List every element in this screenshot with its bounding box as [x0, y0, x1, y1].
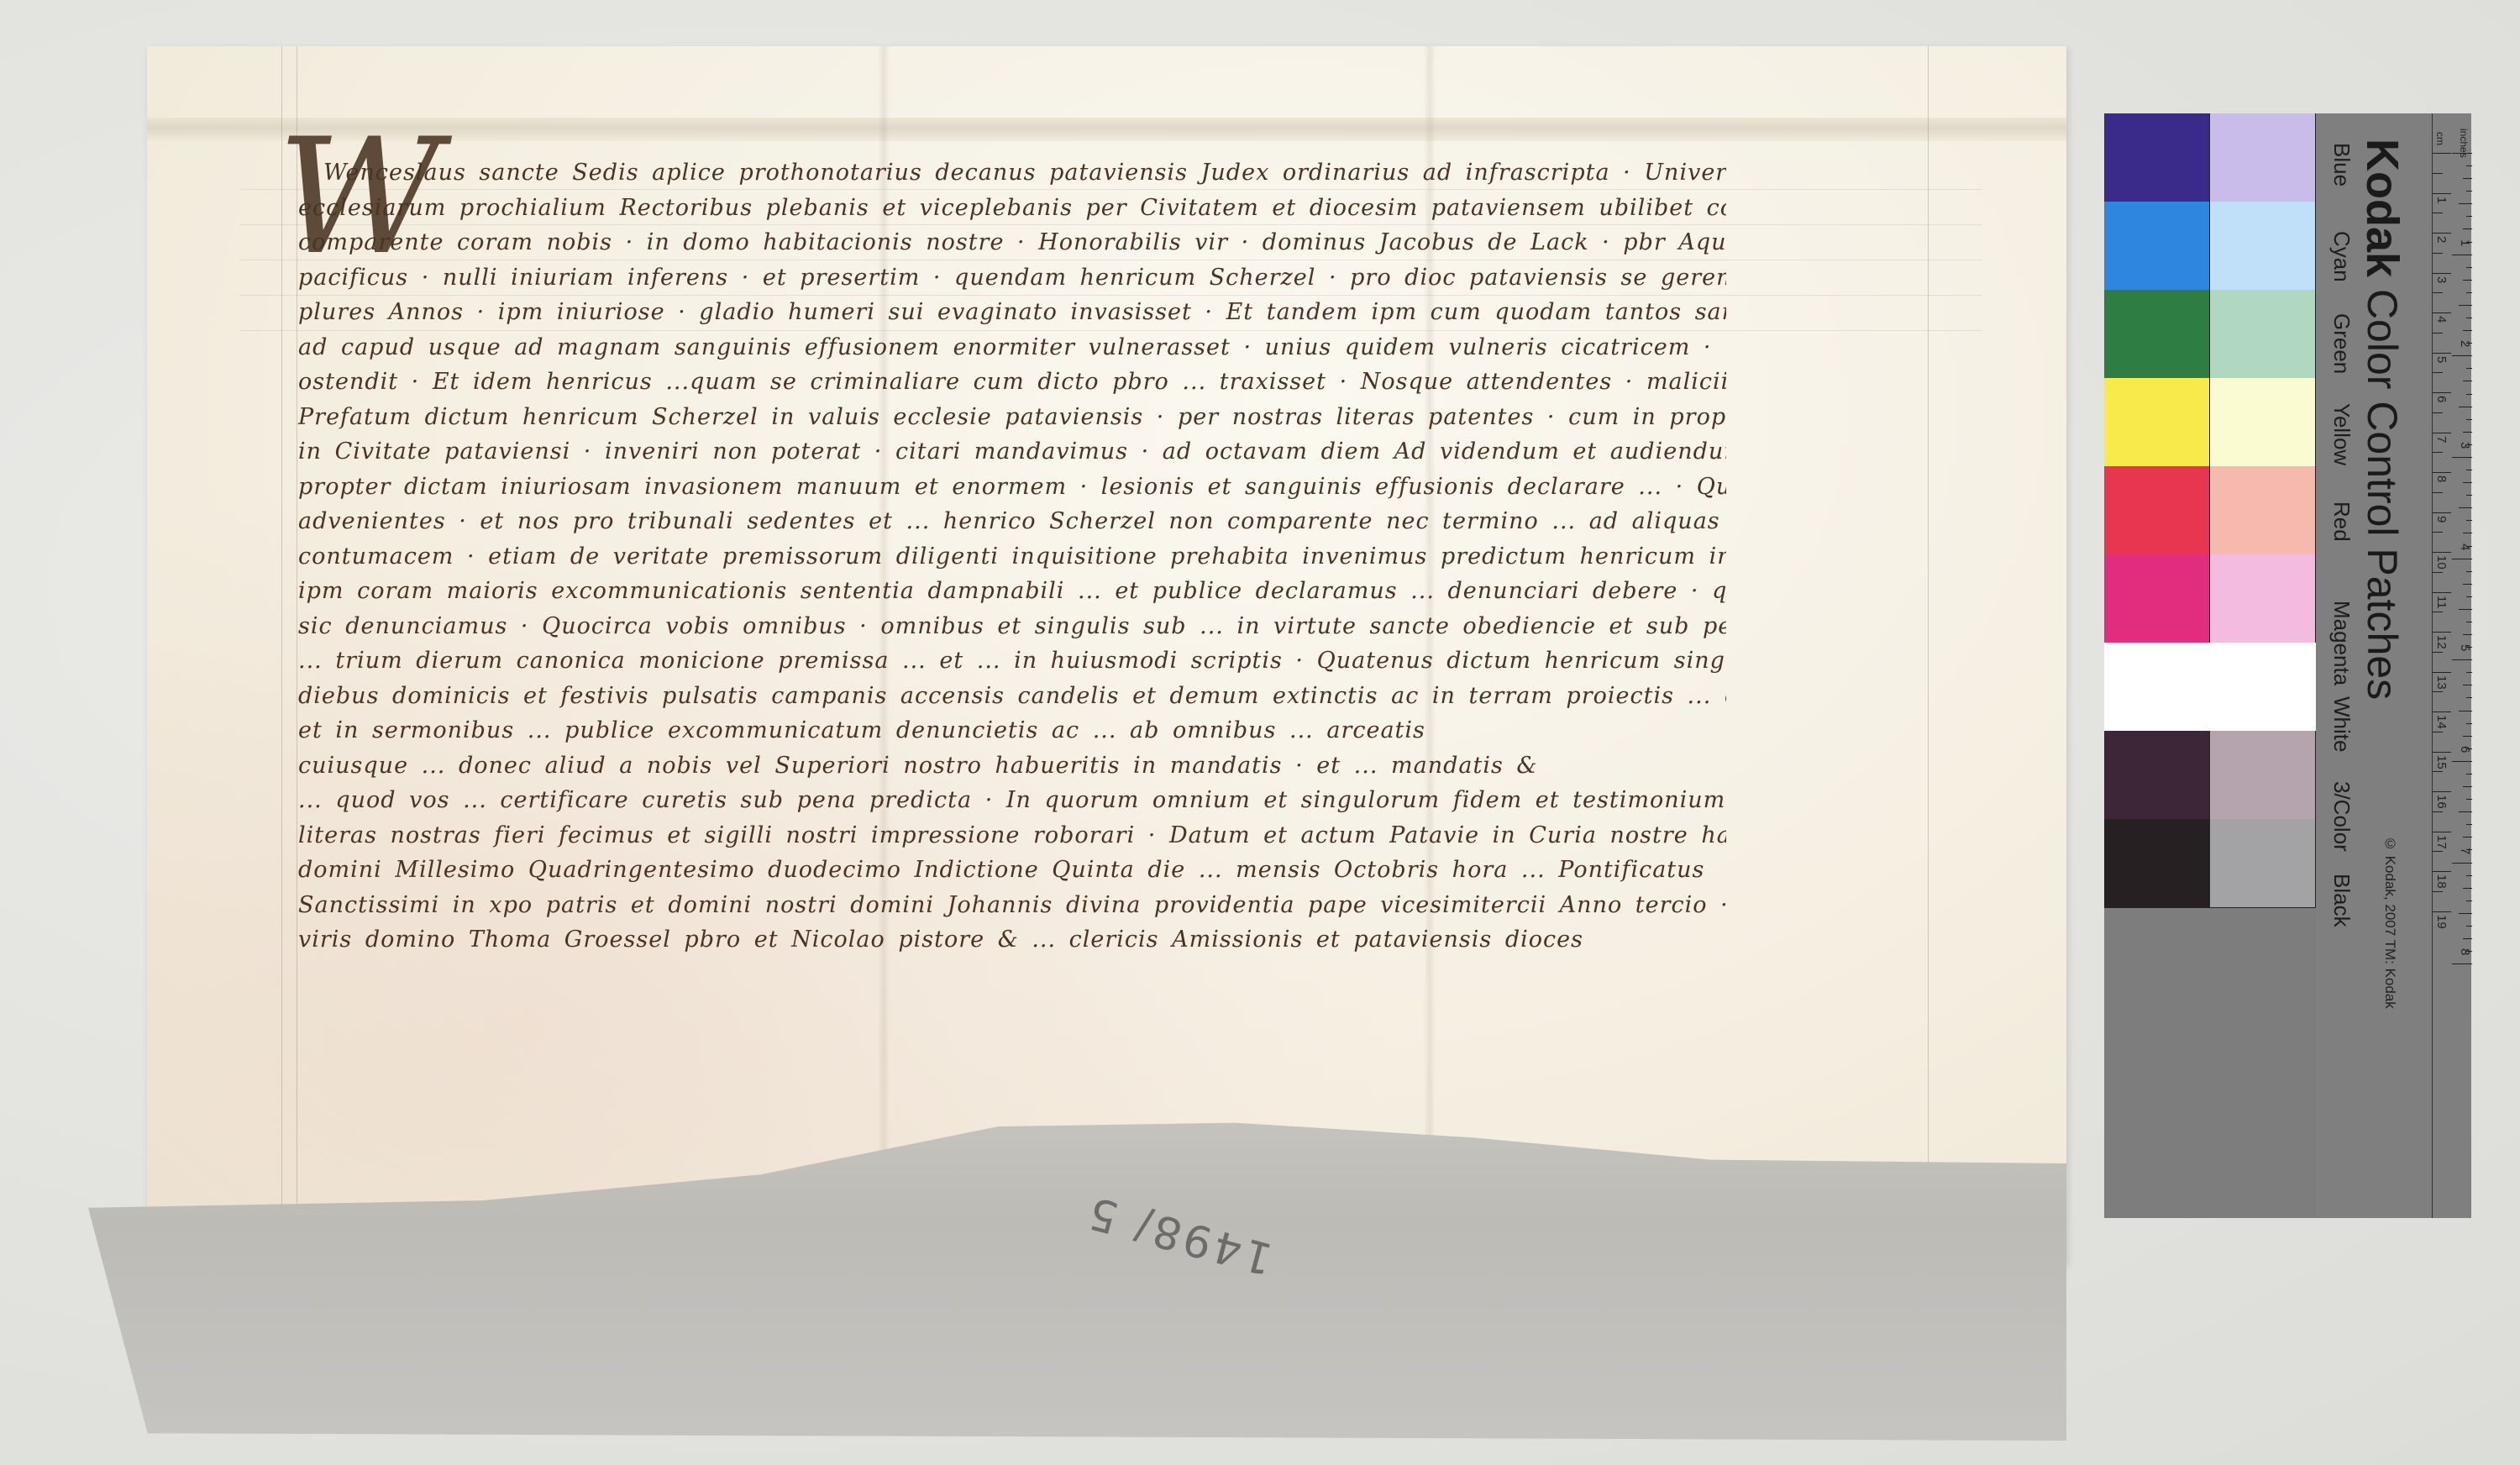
ruler-tick — [2452, 355, 2472, 356]
ruler-tick — [2433, 392, 2451, 393]
ruler-tick — [2463, 432, 2472, 433]
ruler-tick — [2433, 732, 2443, 732]
ruler-tick — [2433, 312, 2451, 313]
patch-magenta — [2104, 554, 2316, 643]
ruler-tick — [2452, 761, 2472, 762]
text-line: viris domino Thoma Groessel pbro et Nico… — [298, 927, 1726, 962]
inch-tick-label: 8 — [2458, 948, 2472, 955]
ruler-tick — [2433, 632, 2451, 633]
cm-tick-label: 5 — [2434, 356, 2449, 363]
ruler-tick — [2433, 213, 2443, 213]
ruler-tick — [2433, 532, 2443, 533]
text-line: Prefatum dictum henricum Scherzel in val… — [298, 404, 1726, 439]
kodak-product-name: Color Control Patches — [2359, 289, 2406, 700]
cm-tick-label: 13 — [2434, 675, 2449, 690]
ruler-tick — [2459, 407, 2472, 407]
text-line: ... trium dierum canonica monicione prem… — [298, 648, 1726, 683]
label-white: White — [2321, 696, 2355, 752]
text-line: cuiusque ... donec aliud a nobis vel Sup… — [298, 753, 1726, 788]
ruler-tick — [2466, 774, 2472, 775]
patch-green — [2104, 290, 2316, 379]
text-line: sic denunciamus · Quocirca vobis omnibus… — [298, 613, 1726, 648]
text-line: literas nostras fieri fecimus et sigilli… — [298, 822, 1726, 858]
ruler-tick — [2463, 938, 2472, 939]
cm-tick-label: 3 — [2434, 276, 2449, 283]
text-line: ostendit · Et idem henricus ...quam se c… — [298, 369, 1726, 404]
text-line: propter dictam iniuriosam invasionem man… — [298, 474, 1726, 509]
cm-tick-label: 12 — [2434, 635, 2449, 649]
swatch-dark — [2104, 466, 2210, 554]
label-black: Black — [2321, 874, 2355, 927]
ruler-tick — [2433, 253, 2443, 254]
ruler-tick — [2466, 672, 2472, 673]
ruler-tick — [2466, 520, 2472, 521]
ruler-tick — [2466, 419, 2472, 420]
swatch-dark — [2104, 378, 2210, 466]
ruler-tick — [2463, 533, 2472, 533]
patch-yellow — [2104, 378, 2316, 467]
measurement-ruler: cm inches 123456789101112131415161718191… — [2432, 113, 2472, 1218]
kodak-title: Kodak Color Control Patches — [2356, 139, 2408, 700]
ruler-tick — [2466, 697, 2472, 698]
text-line: Wenceslaus sancte Sedis aplice prothonot… — [298, 160, 1726, 195]
ruler-tick — [2459, 203, 2472, 204]
swatch-white — [2104, 643, 2316, 731]
label-magenta: Magenta — [2321, 601, 2355, 685]
swatch-light — [2210, 731, 2316, 819]
ruler-tick — [2466, 901, 2472, 901]
ruler-tick — [2433, 811, 2443, 812]
ruler-tick — [2433, 711, 2451, 712]
ruler-tick — [2466, 622, 2472, 622]
ruler-tick — [2466, 292, 2472, 293]
cm-tick-label: 17 — [2434, 835, 2449, 849]
ruler-tick — [2466, 571, 2472, 572]
ruler-tick — [2466, 596, 2472, 597]
ruler-tick — [2433, 552, 2451, 553]
ruler-tick — [2463, 330, 2472, 331]
ruler-tick — [2433, 592, 2451, 593]
ruler-tick — [2433, 572, 2443, 573]
swatch-light — [2210, 290, 2316, 378]
ruler-tick — [2466, 799, 2472, 800]
margin-ruling — [1928, 46, 1929, 1264]
label-blue: Blue — [2321, 143, 2355, 186]
ruler-tick — [2433, 372, 2443, 373]
color-patches — [2104, 113, 2316, 1218]
cm-tick-label: 1 — [2434, 197, 2449, 203]
ruler-tick — [2466, 318, 2472, 318]
text-line: advenientes · et nos pro tribunali seden… — [298, 508, 1726, 543]
cm-tick-label: 18 — [2434, 874, 2449, 889]
ruler-tick — [2433, 612, 2443, 612]
label-green: Green — [2321, 313, 2355, 374]
swatch-dark — [2104, 202, 2210, 290]
cm-tick-label: 8 — [2434, 475, 2449, 482]
ruler-tick — [2466, 723, 2472, 724]
inch-tick-label: 4 — [2458, 543, 2472, 550]
text-line: domini Millesimo Quadringentesimo duodec… — [298, 857, 1726, 892]
ruler-tick — [2433, 273, 2451, 274]
label-3color: 3/Color — [2321, 781, 2355, 852]
ruler-tick — [2433, 153, 2451, 154]
cm-tick-label: 19 — [2434, 915, 2449, 929]
swatch-light — [2210, 466, 2316, 554]
ruler-tick — [2466, 368, 2472, 369]
ruler-tick — [2433, 512, 2451, 513]
ruler-tick — [2433, 173, 2443, 174]
ruler-tick — [2452, 255, 2472, 255]
ruler-tick — [2459, 305, 2472, 306]
ruler-tick — [2466, 875, 2472, 876]
patch-cyan — [2104, 202, 2316, 291]
patch-red — [2104, 466, 2316, 555]
patch-labels: Blue Cyan Green Yellow Red Magenta White… — [2321, 113, 2355, 1218]
ruler-tick — [2433, 771, 2443, 772]
inch-tick-label: 5 — [2458, 644, 2472, 651]
ruler-tick — [2463, 888, 2472, 889]
text-line: ... quod vos ... certificare curetis sub… — [298, 787, 1726, 822]
ruler-tick — [2433, 672, 2451, 673]
swatch-light — [2210, 202, 2316, 290]
ruler-tick — [2463, 482, 2472, 483]
ruler-tick — [2463, 178, 2472, 179]
ruler-tick — [2459, 507, 2472, 508]
cm-tick-label: 9 — [2434, 516, 2449, 522]
ruler-tick — [2459, 711, 2472, 711]
ruler-tick — [2433, 472, 2451, 473]
patch-3color — [2104, 731, 2316, 820]
ruler-tick — [2463, 837, 2472, 838]
ruler-tick — [2466, 267, 2472, 268]
swatch-dark — [2104, 819, 2210, 907]
ruler-tick — [2433, 333, 2443, 333]
ruler-tick — [2433, 691, 2443, 692]
ruler-tick — [2433, 433, 2451, 433]
ruler-tick — [2463, 786, 2472, 787]
ruler-tick — [2466, 191, 2472, 192]
ruler-tick — [2466, 495, 2472, 496]
text-line: et in sermonibus ... publice excommunica… — [298, 717, 1726, 753]
ruler-tick — [2452, 964, 2472, 964]
ruler-tick — [2452, 659, 2472, 660]
ruler-tick — [2433, 353, 2451, 354]
ruler-tick — [2466, 216, 2472, 217]
cm-tick-label: 2 — [2434, 236, 2449, 243]
ruler-tick — [2433, 652, 2443, 653]
cm-tick-label: 14 — [2434, 715, 2449, 729]
cm-tick-label: 7 — [2434, 436, 2449, 443]
swatch-light — [2210, 113, 2316, 202]
text-line: ipm coram maioris excommunicationis sent… — [298, 578, 1726, 613]
ruler-tick — [2463, 685, 2472, 685]
swatch-dark — [2104, 554, 2210, 643]
inch-tick-label: 1 — [2458, 239, 2472, 246]
patch-white — [2104, 643, 2316, 732]
patch-blue — [2104, 113, 2316, 202]
ruler-tick — [2466, 470, 2472, 470]
ruler-tick — [2433, 193, 2451, 194]
text-line: Sanctissimi in xpo patris et domini nost… — [298, 892, 1726, 927]
label-cyan: Cyan — [2321, 231, 2355, 282]
swatch-dark — [2104, 731, 2210, 819]
label-red: Red — [2321, 501, 2355, 542]
ruler-tick — [2433, 891, 2443, 892]
text-line: in Civitate pataviensi · inveniri non po… — [298, 438, 1726, 474]
patch-black — [2104, 819, 2316, 908]
swatch-dark — [2104, 113, 2210, 202]
swatch-dark — [2104, 290, 2210, 378]
ruler-tick — [2433, 851, 2443, 852]
text-line: ad capud usque ad magnam sanguinis effus… — [298, 334, 1726, 370]
ruler-tick — [2466, 394, 2472, 395]
cm-tick-label: 11 — [2434, 596, 2449, 609]
swatch-light — [2210, 378, 2316, 466]
ruler-tick — [2459, 609, 2472, 610]
ruler-tick — [2463, 280, 2472, 281]
swatch-light — [2210, 554, 2316, 643]
ruler-tick — [2433, 412, 2443, 413]
cm-unit-label: cm — [2434, 132, 2446, 145]
ruler-tick — [2433, 911, 2451, 912]
ruler-tick — [2463, 584, 2472, 585]
copyright-notice: © Kodak, 2007 TM: Kodak — [2381, 836, 2398, 1009]
ruler-tick — [2459, 811, 2472, 812]
ruler-tick — [2463, 228, 2472, 229]
ruler-tick — [2433, 452, 2443, 453]
ruler-tick — [2433, 871, 2451, 872]
ruler-tick — [2466, 824, 2472, 825]
ruler-tick — [2463, 736, 2472, 737]
text-line: pacificus · nulli iniuriam inferens · et… — [298, 265, 1726, 300]
ruler-tick — [2452, 863, 2472, 864]
inch-tick-label: 6 — [2458, 746, 2472, 753]
inch-tick-label: 7 — [2458, 848, 2472, 854]
cm-tick-label: 10 — [2434, 555, 2449, 570]
inch-tick-label: 2 — [2458, 340, 2472, 347]
cm-tick-label: 4 — [2434, 316, 2449, 323]
ruler-tick — [2452, 153, 2472, 154]
ruler-tick — [2463, 634, 2472, 635]
ruler-tick — [2459, 913, 2472, 914]
swatch-light — [2210, 819, 2316, 907]
kodak-brand: Kodak — [2357, 139, 2407, 277]
ruler-tick — [2433, 752, 2451, 753]
text-line: plures Annos · ipm iniuriose · gladio hu… — [298, 299, 1726, 334]
charter-text: Wenceslaus sancte Sedis aplice prothonot… — [298, 160, 1726, 962]
label-yellow: Yellow — [2321, 403, 2355, 465]
kodak-color-target: Blue Cyan Green Yellow Red Magenta White… — [2104, 113, 2471, 1218]
ruler-tick — [2452, 559, 2472, 559]
text-line: contumacem · etiam de veritate premissor… — [298, 543, 1726, 579]
ruler-tick — [2433, 233, 2451, 234]
cm-tick-label: 16 — [2434, 795, 2449, 809]
text-line: ecclesiarum prochialium Rectoribus pleba… — [298, 195, 1726, 230]
inch-tick-label: 3 — [2458, 442, 2472, 449]
cm-tick-label: 15 — [2434, 755, 2449, 769]
ruler-tick — [2466, 926, 2472, 927]
ruler-tick — [2463, 381, 2472, 381]
ruler-tick — [2433, 492, 2443, 493]
ruler-tick — [2433, 832, 2451, 832]
ruler-tick — [2433, 791, 2451, 792]
ruler-tick — [2433, 292, 2443, 293]
text-line: comparente coram nobis · in domo habitac… — [298, 229, 1726, 265]
text-line: diebus dominicis et festivis pulsatis ca… — [298, 683, 1726, 718]
ruler-tick — [2452, 457, 2472, 458]
ruler-tick — [2466, 165, 2472, 166]
cm-tick-label: 6 — [2434, 396, 2449, 402]
